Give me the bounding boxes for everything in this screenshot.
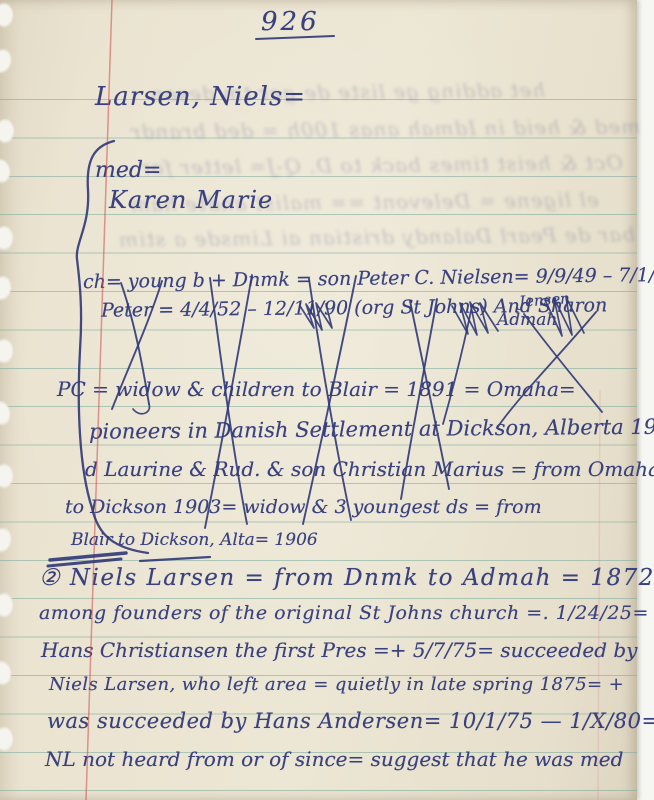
strikeout-sweep bbox=[497, 312, 596, 428]
ink-marks-overlay bbox=[0, 0, 654, 800]
red-margin-bleedthrough-line bbox=[598, 390, 600, 800]
strikeout-stroke bbox=[443, 306, 472, 424]
scribble-over-sharon bbox=[452, 302, 498, 335]
scribble-over-jensen bbox=[545, 297, 584, 336]
underline-page-number bbox=[256, 36, 334, 39]
red-margin-line bbox=[86, 0, 112, 800]
strikeout-stroke bbox=[401, 299, 437, 499]
scanned-notebook-page: het adding ge liste de ger tm deson med … bbox=[0, 0, 654, 800]
underline-dickson bbox=[140, 557, 210, 561]
strikeout-stroke bbox=[410, 301, 449, 489]
paper-sheet: het adding ge liste de ger tm deson med … bbox=[0, 0, 637, 800]
strikeout-stroke bbox=[205, 275, 252, 528]
strikeout-stroke bbox=[121, 283, 149, 404]
strikeout-stroke bbox=[133, 404, 149, 414]
strikeout-sweep bbox=[524, 314, 602, 412]
